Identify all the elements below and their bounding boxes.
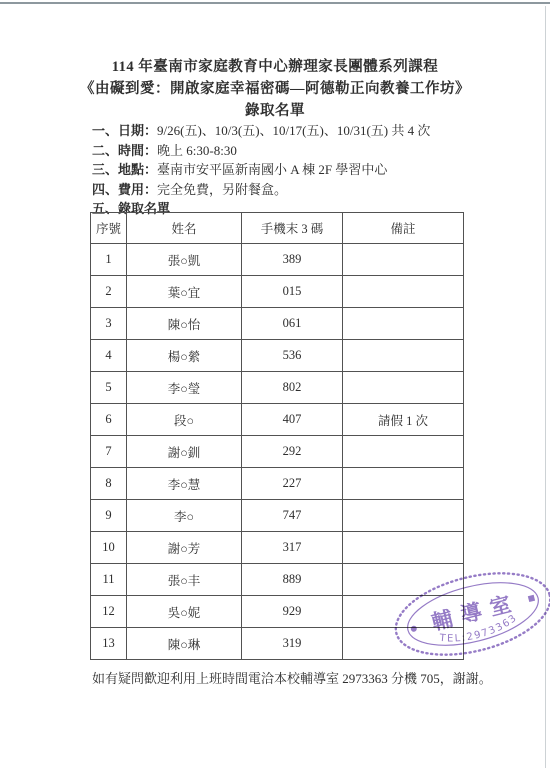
- cell-no: 12: [91, 596, 127, 628]
- title-line-3: 錄取名單: [0, 100, 550, 122]
- cell-name: 楊○縈: [127, 340, 242, 372]
- cell-no: 9: [91, 500, 127, 532]
- table-row: 4 楊○縈 536: [91, 340, 464, 372]
- cell-no: 1: [91, 244, 127, 276]
- cell-phone: 802: [242, 372, 343, 404]
- stamp-right-ornament: [528, 595, 535, 602]
- cell-no: 8: [91, 468, 127, 500]
- header-phone: 手機末 3 碼: [242, 213, 343, 244]
- cell-no: 2: [91, 276, 127, 308]
- cell-phone: 747: [242, 500, 343, 532]
- table-row: 8 李○慧 227: [91, 468, 464, 500]
- info-label: 四、費用：: [92, 182, 157, 197]
- document-title: 114 年臺南市家庭教育中心辦理家長團體系列課程 《由礙到愛：開啟家庭幸福密碼—…: [0, 56, 550, 122]
- cell-note: 請假 1 次: [343, 404, 464, 436]
- cell-name: 李○慧: [127, 468, 242, 500]
- cell-note: [343, 244, 464, 276]
- cell-note: [343, 532, 464, 564]
- scan-edge-top: [0, 2, 550, 4]
- title-line-1: 114 年臺南市家庭教育中心辦理家長團體系列課程: [0, 56, 550, 78]
- table-row: 1 張○凱 389: [91, 244, 464, 276]
- cell-note: [343, 468, 464, 500]
- cell-phone: 292: [242, 436, 343, 468]
- cell-no: 10: [91, 532, 127, 564]
- info-label: 一、日期：: [92, 123, 157, 138]
- info-value: 晚上 6:30-8:30: [157, 143, 237, 158]
- cell-no: 5: [91, 372, 127, 404]
- table-row: 13 陳○琳 319: [91, 628, 464, 660]
- cell-note: [343, 628, 464, 660]
- table-row: 11 張○丰 889: [91, 564, 464, 596]
- cell-no: 6: [91, 404, 127, 436]
- cell-phone: 536: [242, 340, 343, 372]
- cell-note: [343, 276, 464, 308]
- info-item-time: 二、時間：晚上 6:30-8:30: [92, 141, 430, 161]
- info-value: 9/26(五)、10/3(五)、10/17(五)、10/31(五) 共 4 次: [157, 123, 430, 138]
- info-label: 三、地點：: [92, 162, 157, 177]
- roster-table-body: 1 張○凱 389 2 葉○宜 015 3 陳○怡 061 4 楊○縈 536 …: [91, 244, 464, 660]
- header-row: 序號 姓名 手機末 3 碼 備註: [91, 213, 464, 244]
- scanned-document-page: 114 年臺南市家庭教育中心辦理家長團體系列課程 《由礙到愛：開啟家庭幸福密碼—…: [0, 0, 550, 778]
- cell-no: 11: [91, 564, 127, 596]
- table-row: 9 李○ 747: [91, 500, 464, 532]
- table-row: 7 謝○釧 292: [91, 436, 464, 468]
- header-no: 序號: [91, 213, 127, 244]
- cell-name: 段○: [127, 404, 242, 436]
- cell-no: 3: [91, 308, 127, 340]
- cell-name: 謝○芳: [127, 532, 242, 564]
- cell-name: 陳○琳: [127, 628, 242, 660]
- cell-name: 吳○妮: [127, 596, 242, 628]
- table-row: 3 陳○怡 061: [91, 308, 464, 340]
- info-item-location: 三、地點：臺南市安平區新南國小 A 棟 2F 學習中心: [92, 160, 430, 180]
- table-row: 12 吳○妮 929: [91, 596, 464, 628]
- cell-phone: 317: [242, 532, 343, 564]
- cell-no: 13: [91, 628, 127, 660]
- cell-no: 7: [91, 436, 127, 468]
- cell-phone: 407: [242, 404, 343, 436]
- cell-note: [343, 500, 464, 532]
- info-label: 二、時間：: [92, 143, 157, 158]
- cell-phone: 319: [242, 628, 343, 660]
- title-line-2: 《由礙到愛：開啟家庭幸福密碼—阿德勒正向教養工作坊》: [0, 78, 550, 100]
- cell-name: 李○瑩: [127, 372, 242, 404]
- cell-name: 張○丰: [127, 564, 242, 596]
- roster-table-head: 序號 姓名 手機末 3 碼 備註: [91, 213, 464, 244]
- info-value: 臺南市安平區新南國小 A 棟 2F 學習中心: [157, 162, 387, 177]
- cell-phone: 889: [242, 564, 343, 596]
- cell-phone: 929: [242, 596, 343, 628]
- cell-phone: 389: [242, 244, 343, 276]
- table-row: 5 李○瑩 802: [91, 372, 464, 404]
- table-row: 2 葉○宜 015: [91, 276, 464, 308]
- info-list: 一、日期：9/26(五)、10/3(五)、10/17(五)、10/31(五) 共…: [92, 121, 430, 219]
- cell-note: [343, 436, 464, 468]
- roster-table: 序號 姓名 手機末 3 碼 備註 1 張○凱 389 2 葉○宜 015 3 陳…: [90, 212, 464, 660]
- info-item-date: 一、日期：9/26(五)、10/3(五)、10/17(五)、10/31(五) 共…: [92, 121, 430, 141]
- cell-note: [343, 340, 464, 372]
- cell-phone: 061: [242, 308, 343, 340]
- cell-note: [343, 308, 464, 340]
- cell-name: 葉○宜: [127, 276, 242, 308]
- cell-name: 張○凱: [127, 244, 242, 276]
- table-row: 10 謝○芳 317: [91, 532, 464, 564]
- info-value: 完全免費，另附餐盒。: [157, 182, 287, 197]
- cell-name: 謝○釧: [127, 436, 242, 468]
- cell-note: [343, 372, 464, 404]
- cell-name: 陳○怡: [127, 308, 242, 340]
- cell-no: 4: [91, 340, 127, 372]
- footer-note: 如有疑問歡迎利用上班時間電洽本校輔導室 2973363 分機 705，謝謝。: [92, 668, 492, 687]
- cell-note: [343, 596, 464, 628]
- cell-name: 李○: [127, 500, 242, 532]
- header-name: 姓名: [127, 213, 242, 244]
- cell-phone: 227: [242, 468, 343, 500]
- cell-note: [343, 564, 464, 596]
- header-note: 備註: [343, 213, 464, 244]
- cell-phone: 015: [242, 276, 343, 308]
- table-row: 6 段○ 407 請假 1 次: [91, 404, 464, 436]
- info-item-fee: 四、費用：完全免費，另附餐盒。: [92, 180, 430, 200]
